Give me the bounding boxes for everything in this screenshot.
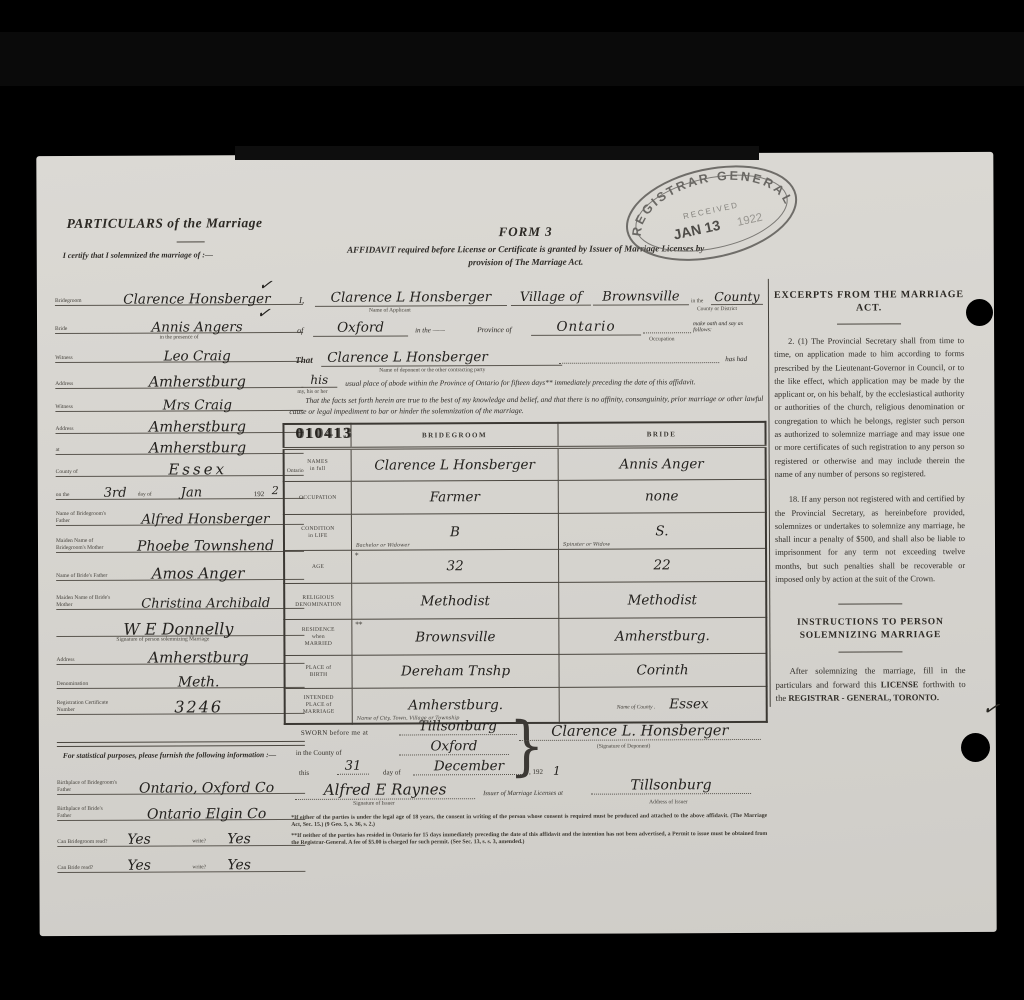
table-row-birthplace: PLACE of BIRTH Dereham Tnshp Corinth [284, 653, 766, 688]
stats-bride-read-write: Can Bride read? Yes write? Yes [57, 845, 305, 873]
heading-rule-1 [837, 323, 901, 324]
closing-brace: } [509, 709, 545, 784]
stats-groom-father-birthplace: Birthplace of Bridegroom's Father Ontari… [57, 767, 305, 795]
title-rule [177, 241, 205, 242]
footnote-1: *If either of the parties is under the l… [291, 813, 767, 830]
right-column: EXCERPTS FROM THE MARRIAGE ACT. 2. (1) T… [774, 288, 966, 705]
footnote-2: **If neither of the parties has resided … [291, 831, 767, 848]
bridegroom-column-header: BRIDEGROOM [351, 423, 558, 448]
applicant-name: Clarence L Honsberger [315, 289, 507, 307]
sworn-place: Tillsonburg [399, 718, 517, 736]
excerpts-heading-line2: ACT. [774, 301, 964, 315]
hole-punch-bottom [961, 733, 990, 762]
table-row-denomination: RELIGIOUS DENOMINATION Methodist Methodi… [284, 581, 766, 619]
stamp-year: 1922 [736, 212, 764, 229]
occupation-blank [643, 331, 691, 333]
field-groom-father: Name of Bridegroom's Father Alfred Honsb… [56, 498, 304, 526]
field-marriage-date: on the 3rd day of Jan 192 2 [56, 472, 304, 500]
oath-leader [559, 361, 719, 364]
oath-paragraph: That the facts set forth herein are true… [289, 393, 763, 417]
field-groom-mother: Maiden Name of Bridegroom's Mother Phoeb… [56, 525, 304, 553]
excerpt-section-2: 2. (1) The Provincial Secretary shall fr… [774, 334, 965, 481]
table-row-occupation: OCCUPATION Farmer none [284, 479, 766, 514]
table-row-residence: RESIDENCE when MARRIED ** Brownsville Am… [284, 617, 766, 655]
applicant-county: Oxford [313, 319, 408, 336]
oath-line-3: That Clarence L Honsberger has had Name … [289, 339, 763, 367]
checkmark-2: ✓ [256, 302, 272, 323]
table-row-names: NAMES in full Clarence L Honsberger Anni… [284, 446, 766, 481]
instructions-paragraph: After solemnizing the marriage, fill in … [776, 664, 966, 705]
field-denomination: Denomination Meth. [57, 661, 305, 689]
year-hand: 2 [272, 484, 279, 497]
particulars-title: PARTICULARS of the Marriage [67, 215, 297, 232]
stats-intro: For statistical purposes, please furnish… [63, 750, 305, 760]
checkmark-1: ✓ [258, 274, 274, 295]
table-row-condition: CONDITION in LIFE B Bachelor or Widower … [284, 512, 766, 550]
oath-line-2: of Oxford in the —— Province of Ontario … [289, 309, 763, 337]
heading-rule-2 [838, 604, 902, 605]
field-bride-father: Name of Bride's Father Amos Anger [56, 553, 304, 581]
instructions-heading-line1: INSTRUCTIONS TO PERSON [775, 616, 965, 630]
film-band-top [0, 32, 1024, 86]
field-witness-1: Witness Leo Craig [55, 335, 303, 363]
affidavit-table: BRIDEGROOM BRIDE NAMES in full Clarence … [282, 421, 767, 725]
column-divider [768, 279, 771, 707]
checkmark-3: ✓ [980, 694, 1001, 721]
table-row-age: AGE * 32 22 [284, 548, 766, 583]
issuer-signature: Alfred E Raynes [295, 780, 475, 800]
year-printed: 192 [254, 490, 265, 498]
oath-line-4: his my, his or her usual place of abode … [289, 367, 763, 391]
applicant-residence: Brownsville [593, 289, 689, 305]
stamp-date: JAN 13 [672, 217, 722, 243]
center-column: FORM 3 AFFIDAVIT required before License… [288, 153, 765, 935]
sworn-block: SWORN before me at Tillsonburg in the Co… [291, 719, 765, 817]
film-strip-shadow [235, 146, 759, 160]
issuer-address: Tillsonburg [591, 777, 751, 795]
serial-number-stamp: 010413 [295, 426, 352, 443]
certify-line: I certify that I solemnized the marriage… [63, 250, 213, 260]
deponent-signature: Clarence L. Honsberger [519, 723, 761, 741]
applicant-province: Ontario [531, 318, 641, 335]
excerpts-heading-line1: EXCERPTS FROM THE MARRIAGE [774, 288, 964, 302]
day-of-label: day of [138, 492, 152, 498]
left-column: PARTICULARS of the Marriage I certify th… [36, 155, 305, 936]
solemnizer-signature-row: W E Donnelly Signature of person solemni… [56, 607, 304, 637]
sworn-county: Oxford [399, 738, 509, 755]
excerpt-section-18: 18. If any person not registered with an… [775, 492, 965, 586]
document: PARTICULARS of the Marriage I certify th… [36, 152, 996, 936]
hole-punch-top [966, 299, 993, 326]
field-bride-mother: Maiden Name of Bride's Mother Christina … [56, 582, 304, 610]
oath-line-1: I, Clarence L Honsberger Name of Applica… [289, 279, 763, 307]
heading-rule-3 [838, 652, 902, 653]
bride-column-header: BRIDE [558, 422, 766, 447]
stats-groom-read-write: Can Bridegroom read? Yes write? Yes [57, 819, 305, 847]
double-rule [57, 741, 305, 747]
deponent-name: Clarence L Honsberger [321, 349, 562, 367]
instructions-heading-line2: SOLEMNIZING MARRIAGE [775, 629, 965, 643]
stats-bride-father-birthplace: Birthplace of Bride's Father Ontario Elg… [57, 793, 305, 821]
field-registration-number: Registration Certificate Number 3246 [57, 687, 305, 715]
